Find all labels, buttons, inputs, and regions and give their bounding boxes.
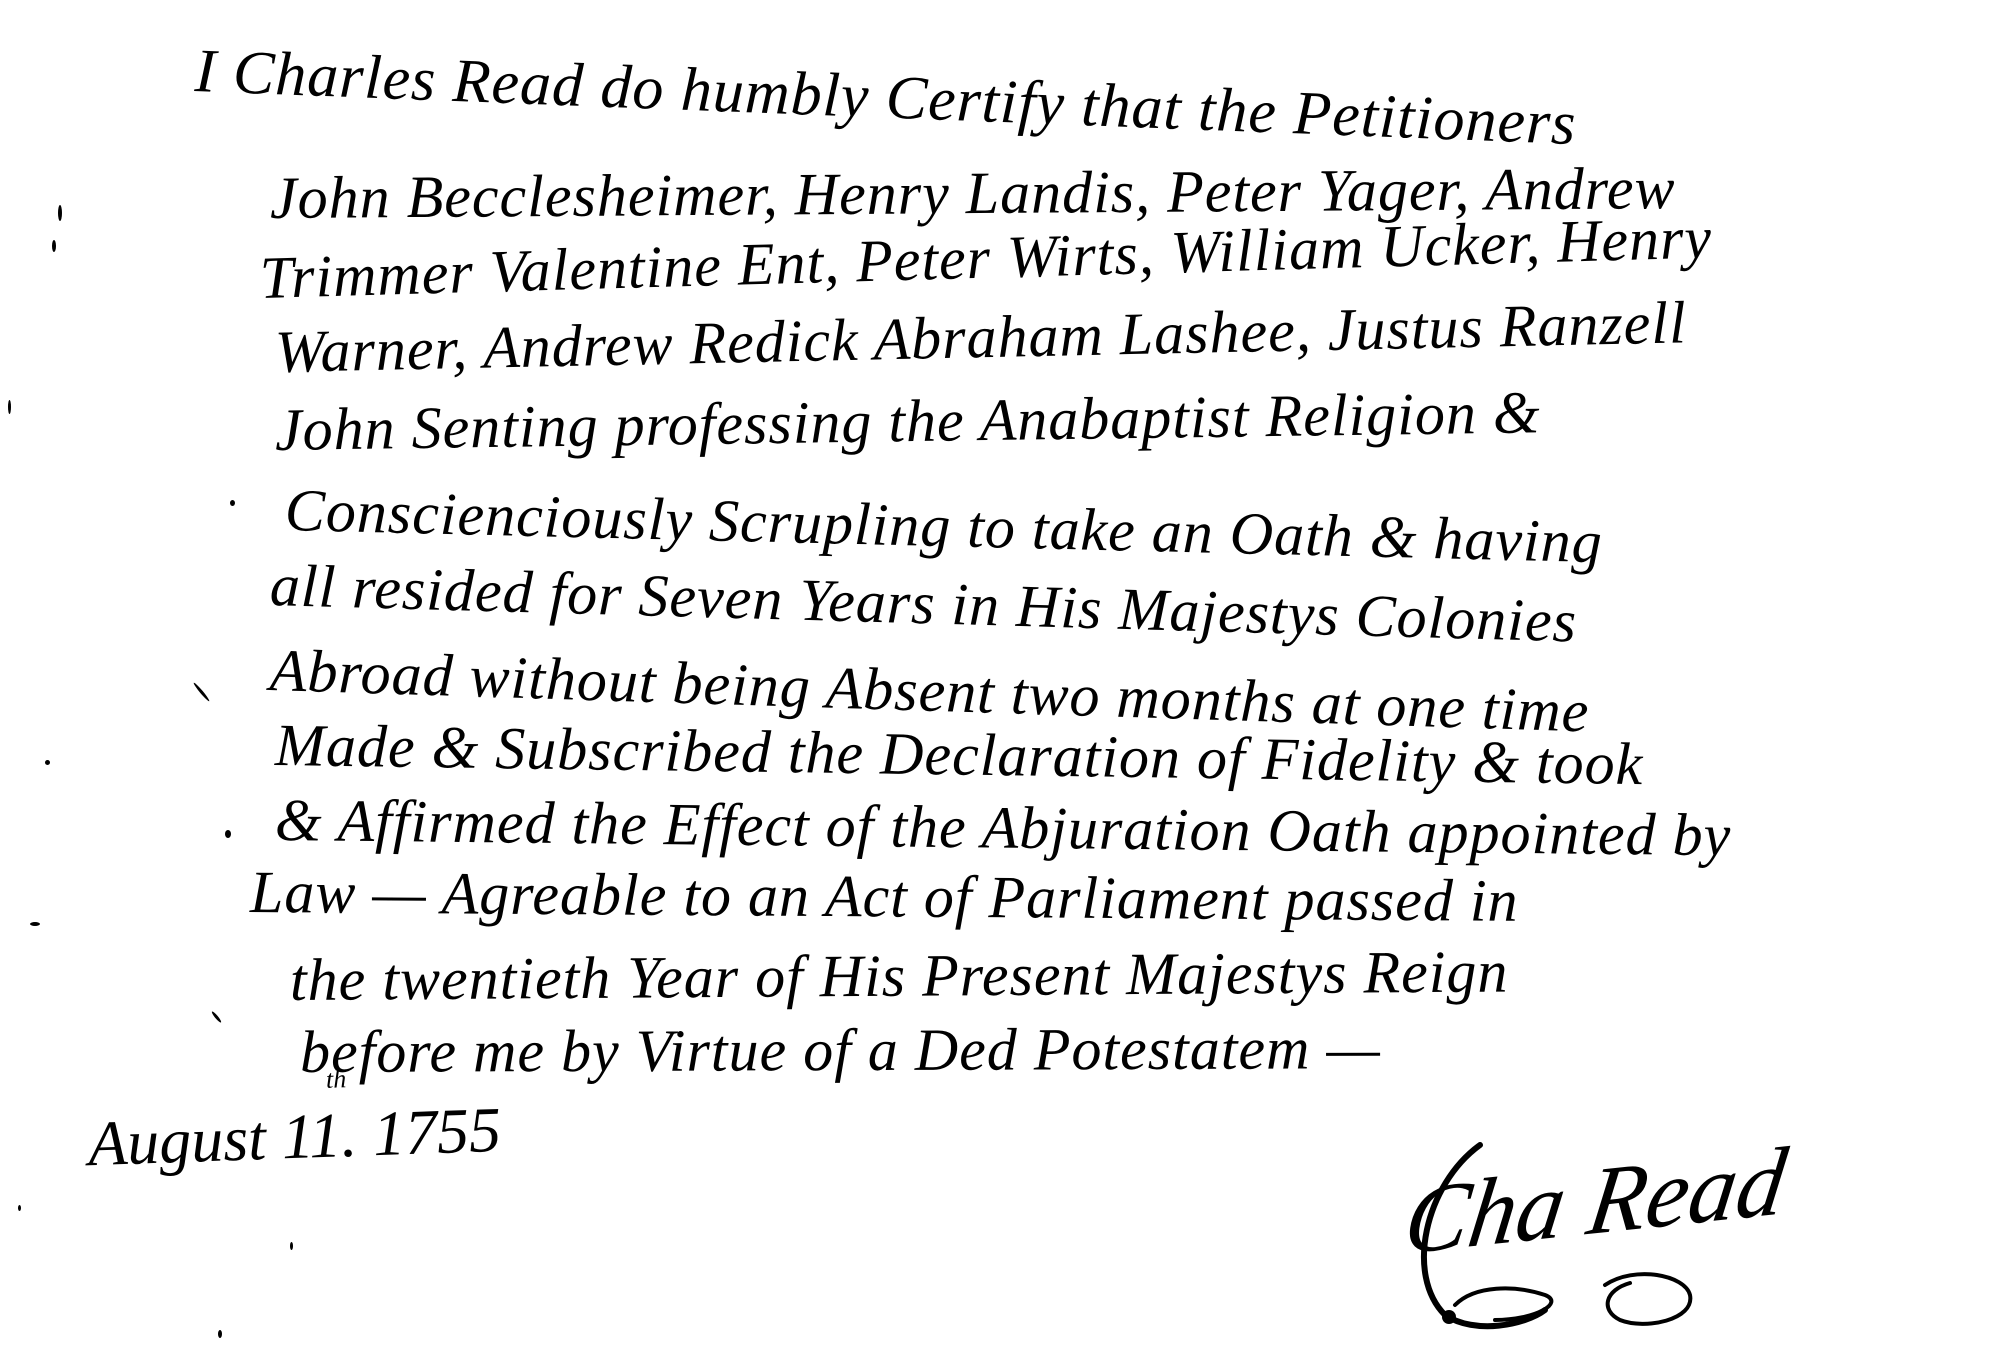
scan-speck <box>211 1011 222 1024</box>
certificate-line-11: Law — Agreable to an Act of Parliament p… <box>250 862 1519 931</box>
scan-speck <box>45 760 50 765</box>
document-page: I Charles Read do humbly Certify that th… <box>0 0 2003 1368</box>
scan-speck <box>193 682 211 702</box>
scan-speck <box>30 922 40 926</box>
certificate-line-10: & Affirmed the Effect of the Abjuration … <box>275 790 1732 865</box>
scan-speck <box>52 240 56 252</box>
certificate-line-13: before me by Virtue of a Ded Potestatem … <box>300 1018 1381 1082</box>
certificate-line-5: John Senting professing the Anabaptist R… <box>275 382 1541 460</box>
scan-speck <box>18 1205 21 1211</box>
certificate-line-1: I Charles Read do humbly Certify that th… <box>194 40 1578 155</box>
certificate-date: th August 11. 1755 <box>87 1093 502 1181</box>
certificate-line-12: the twentieth Year of His Present Majest… <box>290 941 1509 1010</box>
date-superscript: th <box>326 1064 347 1095</box>
scan-speck <box>290 1242 293 1250</box>
certificate-line-4: Warner, Andrew Redick Abraham Lashee, Ju… <box>274 292 1687 382</box>
scan-speck <box>225 830 231 838</box>
scan-speck <box>230 500 235 506</box>
signature: Cha Read <box>1385 1125 1805 1345</box>
scan-speck <box>58 205 62 221</box>
scan-speck <box>8 400 11 414</box>
date-text: August 11. 1755 <box>87 1094 502 1179</box>
scan-speck <box>218 1330 222 1338</box>
